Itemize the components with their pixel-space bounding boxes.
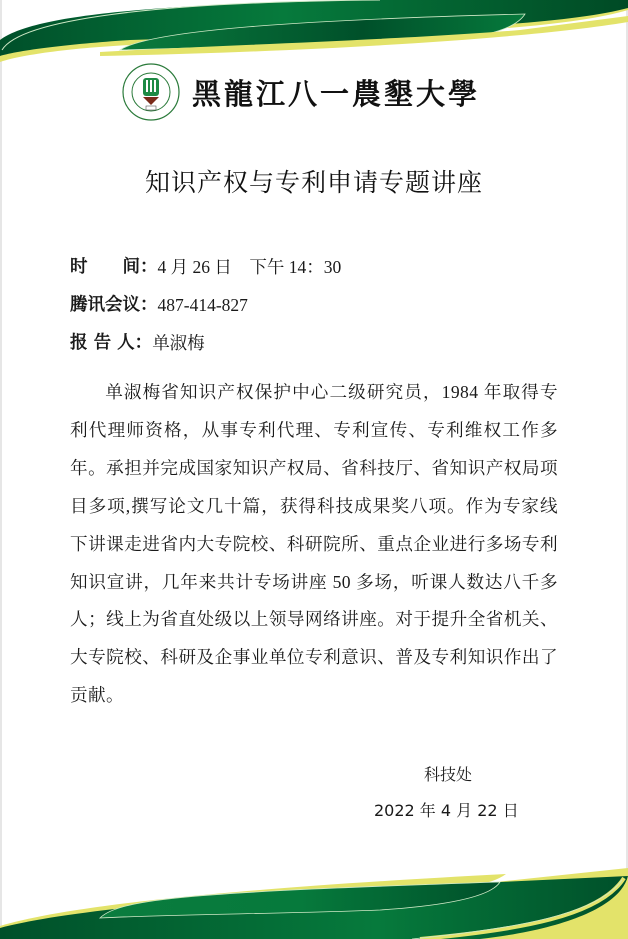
speaker-value: 单淑梅 [152,324,205,362]
info-row-speaker: 报 告 人：单淑梅 [70,324,341,362]
notice-title: 知识产权与专利申请专题讲座 [0,163,628,199]
info-row-time: 时 间：4 月 26 日 下午 14：30 [70,248,341,286]
university-name: 黑龍江八一農墾大學 [192,72,480,113]
university-seal-icon [122,63,180,121]
time-label: 时 间： [70,248,158,286]
info-row-meeting: 腾讯会议：487-414-827 [70,286,341,324]
signature-date: 2022 年 4 月 22 日 [374,798,519,821]
meeting-id-value: 487-414-827 [158,286,248,324]
bottom-green-banner [0,868,628,939]
signature-department: 科技处 [424,762,472,785]
speaker-bio-paragraph: 单淑梅省知识产权保护中心二级研究员，1984 年取得专利代理师资格，从事专利代理… [70,374,558,715]
meeting-label: 腾讯会议： [70,286,158,324]
university-header: 黑龍江八一農墾大學 [122,64,480,120]
page-border-left [0,0,2,939]
time-value: 4 月 26 日 下午 14：30 [158,248,342,286]
event-info: 时 间：4 月 26 日 下午 14：30 腾讯会议：487-414-827 报… [70,248,341,362]
top-green-banner [0,0,628,62]
speaker-label: 报 告 人： [70,324,152,362]
